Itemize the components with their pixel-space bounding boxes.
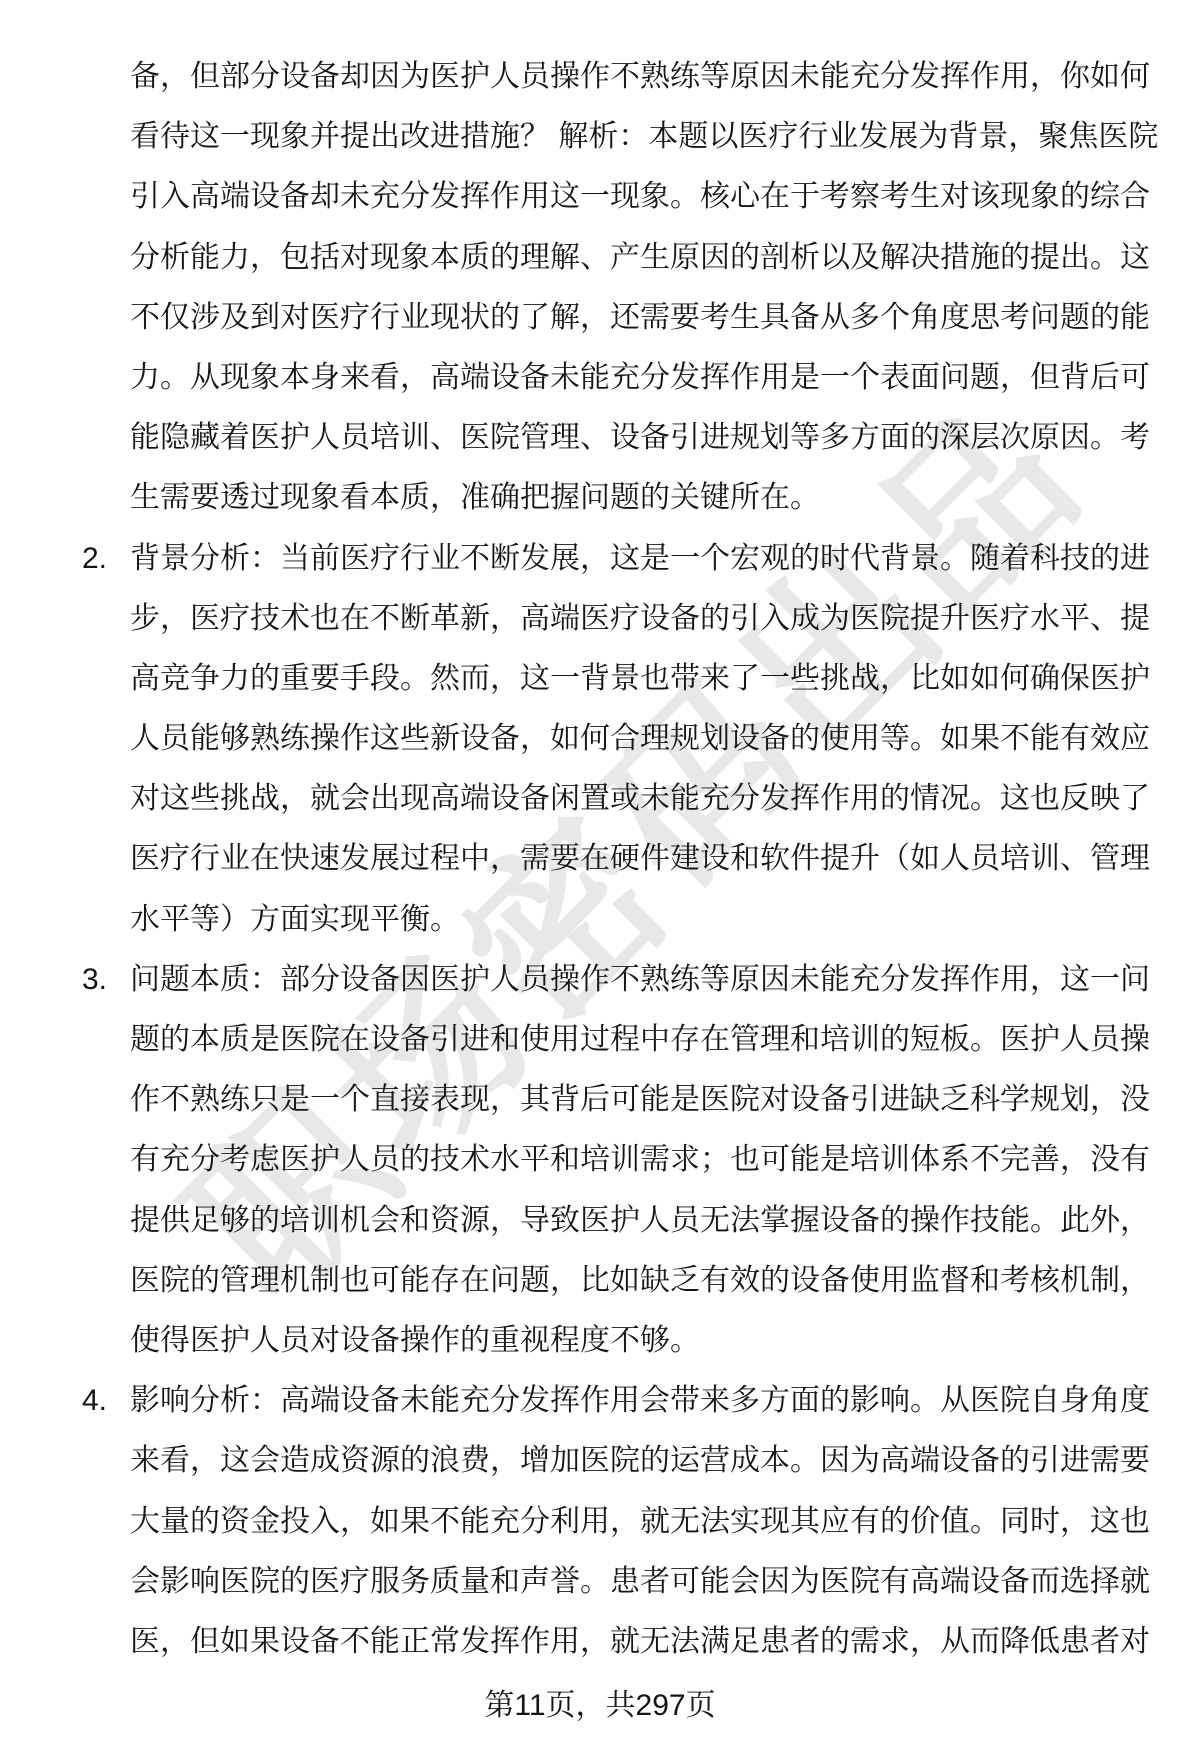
text-line: 分析能力，包括对现象本质的理解、产生原因的剖析以及解决措施的提出。这 — [130, 228, 1150, 288]
text-line: 医疗行业在快速发展过程中，需要在硬件建设和软件提升（如人员培训、管理 — [130, 829, 1150, 889]
text-line: 2.背景分析：当前医疗行业不断发展，这是一个宏观的时代背景。随着科技的进 — [130, 529, 1150, 589]
page-footer: 第11页，共297页 — [0, 1686, 1200, 1726]
text-line: 不仅涉及到对医疗行业现状的了解，还需要考生具备从多个角度思考问题的能 — [130, 288, 1150, 348]
page-body: 备，但部分设备却因为医护人员操作不熟练等原因未能充分发挥作用，你如何看待这一现象… — [130, 47, 1150, 1672]
text-line: 大量的资金投入，如果不能充分利用，就无法实现其应有的价值。同时，这也 — [130, 1492, 1150, 1552]
text-line: 水平等）方面实现平衡。 — [130, 890, 1150, 950]
text-line: 看待这一现象并提出改进措施？ 解析：本题以医疗行业发展为背景，聚焦医院 — [130, 107, 1150, 167]
text-line: 作不熟练只是一个直接表现，其背后可能是医院对设备引进缺乏科学规划，没 — [130, 1070, 1150, 1130]
text-line: 步，医疗技术也在不断革新，高端医疗设备的引入成为医院提升医疗水平、提 — [130, 589, 1150, 649]
text-line: 备，但部分设备却因为医护人员操作不熟练等原因未能充分发挥作用，你如何 — [130, 47, 1150, 107]
text-line: 有充分考虑医护人员的技术水平和培训需求；也可能是培训体系不完善，没有 — [130, 1130, 1150, 1190]
text-line: 力。从现象本身来看，高端设备未能充分发挥作用是一个表面问题，但背后可 — [130, 348, 1150, 408]
text-line: 来看，这会造成资源的浪费，增加医院的运营成本。因为高端设备的引进需要 — [130, 1431, 1150, 1491]
list-number: 2. — [82, 529, 124, 589]
text-line: 题的本质是医院在设备引进和使用过程中存在管理和培训的短板。医护人员操 — [130, 1010, 1150, 1070]
list-number: 4. — [82, 1371, 124, 1431]
text-line: 3.问题本质：部分设备因医护人员操作不熟练等原因未能充分发挥作用，这一问 — [130, 950, 1150, 1010]
text-line: 人员能够熟练操作这些新设备，如何合理规划设备的使用等。如果不能有效应 — [130, 709, 1150, 769]
text-line: 提供足够的培训机会和资源，导致医护人员无法掌握设备的操作技能。此外， — [130, 1191, 1150, 1251]
text-line: 医，但如果设备不能正常发挥作用，就无法满足患者的需求，从而降低患者对 — [130, 1612, 1150, 1672]
text-line: 医院的管理机制也可能存在问题，比如缺乏有效的设备使用监督和考核机制， — [130, 1251, 1150, 1311]
text-line: 高竞争力的重要手段。然而，这一背景也带来了一些挑战，比如如何确保医护 — [130, 649, 1150, 709]
text-line: 使得医护人员对设备操作的重视程度不够。 — [130, 1311, 1150, 1371]
text-line: 引入高端设备却未充分发挥作用这一现象。核心在于考察考生对该现象的综合 — [130, 167, 1150, 227]
text-line: 生需要透过现象看本质，准确把握问题的关键所在。 — [130, 468, 1150, 528]
document-page: 职场密码出品 备，但部分设备却因为医护人员操作不熟练等原因未能充分发挥作用，你如… — [0, 0, 1200, 1755]
list-number: 3. — [82, 950, 124, 1010]
text-line: 对这些挑战，就会出现高端设备闲置或未能充分发挥作用的情况。这也反映了 — [130, 769, 1150, 829]
text-line: 会影响医院的医疗服务质量和声誉。患者可能会因为医院有高端设备而选择就 — [130, 1552, 1150, 1612]
text-line: 能隐藏着医护人员培训、医院管理、设备引进规划等多方面的深层次原因。考 — [130, 408, 1150, 468]
text-line: 4.影响分析：高端设备未能充分发挥作用会带来多方面的影响。从医院自身角度 — [130, 1371, 1150, 1431]
